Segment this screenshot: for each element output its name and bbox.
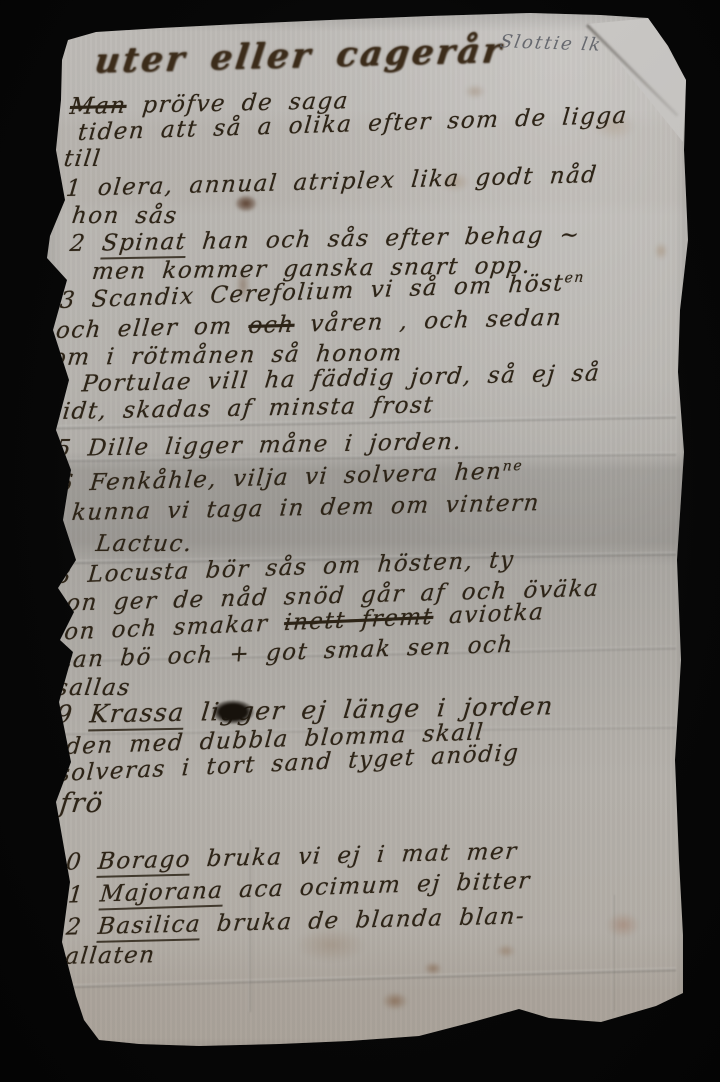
- manuscript-line: 6 Fenkåhle, vilja vi solvera henne: [57, 459, 524, 496]
- photo-background: uter eller cagerår Slottie lk Man pröfve…: [0, 0, 720, 1082]
- corner-pencil-note: Slottie lk: [498, 31, 604, 55]
- stain: [606, 912, 640, 938]
- manuscript-paper: uter eller cagerår Slottie lk Man pröfve…: [0, 0, 720, 1082]
- manuscript-line: sallas: [55, 676, 133, 700]
- stain: [464, 84, 486, 99]
- stain: [236, 196, 256, 211]
- stain: [382, 992, 408, 1010]
- manuscript-line: hon sås: [71, 204, 180, 228]
- stain: [348, 4, 364, 16]
- fold-line: [50, 967, 676, 988]
- manuscript-line: till: [63, 147, 103, 171]
- manuscript-line: 1 olera, annual atriplex lika godt nåd: [65, 163, 599, 201]
- stain: [654, 242, 668, 260]
- header-scrawl: uter eller cagerår: [92, 31, 506, 82]
- manuscript-line: Lactuc.: [95, 532, 195, 556]
- stain: [424, 962, 442, 975]
- manuscript-line: kunna vi taga in dem om vintern: [71, 491, 541, 525]
- stain: [496, 944, 516, 958]
- ink-blot: [212, 700, 254, 724]
- manuscript-line: frö: [58, 790, 105, 817]
- manuscript-line: sallaten: [51, 943, 157, 969]
